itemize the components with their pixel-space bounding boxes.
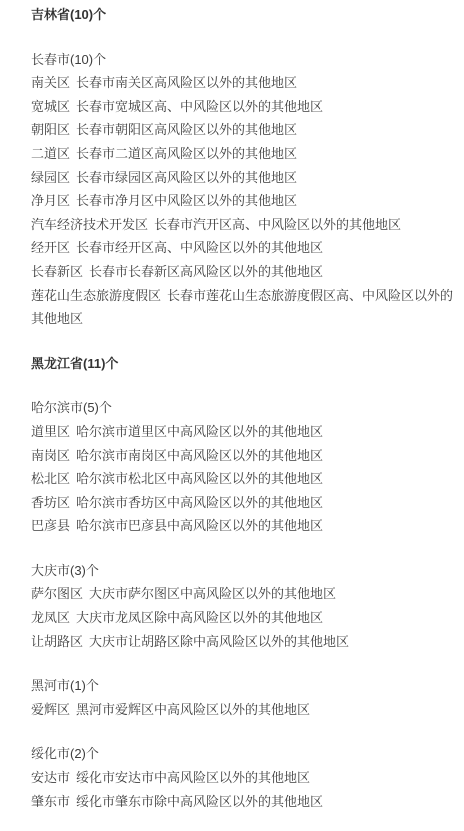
district-item: 南关区长春市南关区高风险区以外的其他地区	[31, 71, 463, 95]
city-group: 绥化市(2)个 安达市绥化市安达市中高风险区以外的其他地区 肇东市绥化市肇东市除…	[31, 742, 463, 813]
district-item: 汽车经济技术开发区长春市汽开区高、中风险区以外的其他地区	[31, 213, 463, 237]
district-item: 宽城区长春市宽城区高、中风险区以外的其他地区	[31, 95, 463, 119]
district-item: 道里区哈尔滨市道里区中高风险区以外的其他地区	[31, 420, 463, 444]
district-desc: 大庆市龙凤区除中高风险区以外的其他地区	[76, 610, 323, 625]
district-name: 巴彦县	[31, 518, 70, 533]
district-name: 莲花山生态旅游度假区	[31, 288, 161, 303]
district-name: 香坊区	[31, 495, 70, 510]
district-name: 爱辉区	[31, 702, 70, 717]
district-desc: 长春市二道区高风险区以外的其他地区	[76, 146, 297, 161]
district-name: 龙凤区	[31, 610, 70, 625]
district-item: 龙凤区大庆市龙凤区除中高风险区以外的其他地区	[31, 606, 463, 630]
district-desc: 长春市经开区高、中风险区以外的其他地区	[76, 240, 323, 255]
district-item: 松北区哈尔滨市松北区中高风险区以外的其他地区	[31, 467, 463, 491]
district-item: 萨尔图区大庆市萨尔图区中高风险区以外的其他地区	[31, 582, 463, 606]
district-desc: 哈尔滨市南岗区中高风险区以外的其他地区	[76, 448, 323, 463]
district-desc: 长春市南关区高风险区以外的其他地区	[76, 75, 297, 90]
district-item: 让胡路区大庆市让胡路区除中高风险区以外的其他地区	[31, 630, 463, 654]
district-item: 安达市绥化市安达市中高风险区以外的其他地区	[31, 766, 463, 790]
district-item: 肇东市绥化市肇东市除中高风险区以外的其他地区	[31, 790, 463, 814]
district-item: 长春新区长春市长春新区高风险区以外的其他地区	[31, 260, 463, 284]
district-desc: 黑河市爱辉区中高风险区以外的其他地区	[76, 702, 310, 717]
district-desc: 哈尔滨市松北区中高风险区以外的其他地区	[76, 471, 323, 486]
district-item: 净月区长春市净月区中风险区以外的其他地区	[31, 189, 463, 213]
district-item: 巴彦县哈尔滨市巴彦县中高风险区以外的其他地区	[31, 514, 463, 538]
province-heading: 吉林省(10)个	[31, 3, 463, 27]
district-name: 南关区	[31, 75, 70, 90]
province-section: 黑龙江省(11)个 哈尔滨市(5)个 道里区哈尔滨市道里区中高风险区以外的其他地…	[31, 352, 463, 814]
district-desc: 长春市绿园区高风险区以外的其他地区	[76, 170, 297, 185]
risk-area-document: 吉林省(10)个 长春市(10)个 南关区长春市南关区高风险区以外的其他地区 宽…	[0, 0, 464, 831]
district-desc: 长春市朝阳区高风险区以外的其他地区	[76, 122, 297, 137]
province-heading: 黑龙江省(11)个	[31, 352, 463, 376]
district-desc: 绥化市安达市中高风险区以外的其他地区	[76, 770, 310, 785]
district-name: 安达市	[31, 770, 70, 785]
district-name: 让胡路区	[31, 634, 83, 649]
district-name: 宽城区	[31, 99, 70, 114]
district-name: 净月区	[31, 193, 70, 208]
district-item: 经开区长春市经开区高、中风险区以外的其他地区	[31, 236, 463, 260]
district-name: 南岗区	[31, 448, 70, 463]
district-desc: 哈尔滨市香坊区中高风险区以外的其他地区	[76, 495, 323, 510]
district-desc: 长春市净月区中风险区以外的其他地区	[76, 193, 297, 208]
district-name: 长春新区	[31, 264, 83, 279]
district-desc: 大庆市萨尔图区中高风险区以外的其他地区	[89, 586, 336, 601]
province-section: 吉林省(10)个 长春市(10)个 南关区长春市南关区高风险区以外的其他地区 宽…	[31, 3, 463, 331]
city-group: 哈尔滨市(5)个 道里区哈尔滨市道里区中高风险区以外的其他地区 南岗区哈尔滨市南…	[31, 396, 463, 538]
district-desc: 大庆市让胡路区除中高风险区以外的其他地区	[89, 634, 349, 649]
district-item: 南岗区哈尔滨市南岗区中高风险区以外的其他地区	[31, 444, 463, 468]
city-heading: 绥化市(2)个	[31, 742, 463, 766]
district-item: 朝阳区长春市朝阳区高风险区以外的其他地区	[31, 118, 463, 142]
district-desc: 长春市宽城区高、中风险区以外的其他地区	[76, 99, 323, 114]
city-heading: 大庆市(3)个	[31, 559, 463, 583]
city-heading: 哈尔滨市(5)个	[31, 396, 463, 420]
city-group: 大庆市(3)个 萨尔图区大庆市萨尔图区中高风险区以外的其他地区 龙凤区大庆市龙凤…	[31, 559, 463, 653]
district-name: 松北区	[31, 471, 70, 486]
district-name: 朝阳区	[31, 122, 70, 137]
district-item: 爱辉区黑河市爱辉区中高风险区以外的其他地区	[31, 698, 463, 722]
district-name: 萨尔图区	[31, 586, 83, 601]
district-desc: 绥化市肇东市除中高风险区以外的其他地区	[76, 794, 323, 809]
district-item: 香坊区哈尔滨市香坊区中高风险区以外的其他地区	[31, 491, 463, 515]
district-desc: 长春市汽开区高、中风险区以外的其他地区	[154, 217, 401, 232]
city-group: 长春市(10)个 南关区长春市南关区高风险区以外的其他地区 宽城区长春市宽城区高…	[31, 48, 463, 331]
district-name: 经开区	[31, 240, 70, 255]
page: { "page": { "background_color": "#ffffff…	[0, 0, 464, 831]
city-heading: 长春市(10)个	[31, 48, 463, 72]
district-desc: 哈尔滨市巴彦县中高风险区以外的其他地区	[76, 518, 323, 533]
city-group: 黑河市(1)个 爱辉区黑河市爱辉区中高风险区以外的其他地区	[31, 674, 463, 721]
district-name: 汽车经济技术开发区	[31, 217, 148, 232]
district-name: 绿园区	[31, 170, 70, 185]
district-desc: 哈尔滨市道里区中高风险区以外的其他地区	[76, 424, 323, 439]
district-item: 绿园区长春市绿园区高风险区以外的其他地区	[31, 166, 463, 190]
district-desc: 长春市长春新区高风险区以外的其他地区	[89, 264, 323, 279]
city-heading: 黑河市(1)个	[31, 674, 463, 698]
district-item: 莲花山生态旅游度假区长春市莲花山生态旅游度假区高、中风险区以外的其他地区	[31, 284, 463, 331]
district-name: 肇东市	[31, 794, 70, 809]
district-name: 二道区	[31, 146, 70, 161]
district-item: 二道区长春市二道区高风险区以外的其他地区	[31, 142, 463, 166]
district-name: 道里区	[31, 424, 70, 439]
